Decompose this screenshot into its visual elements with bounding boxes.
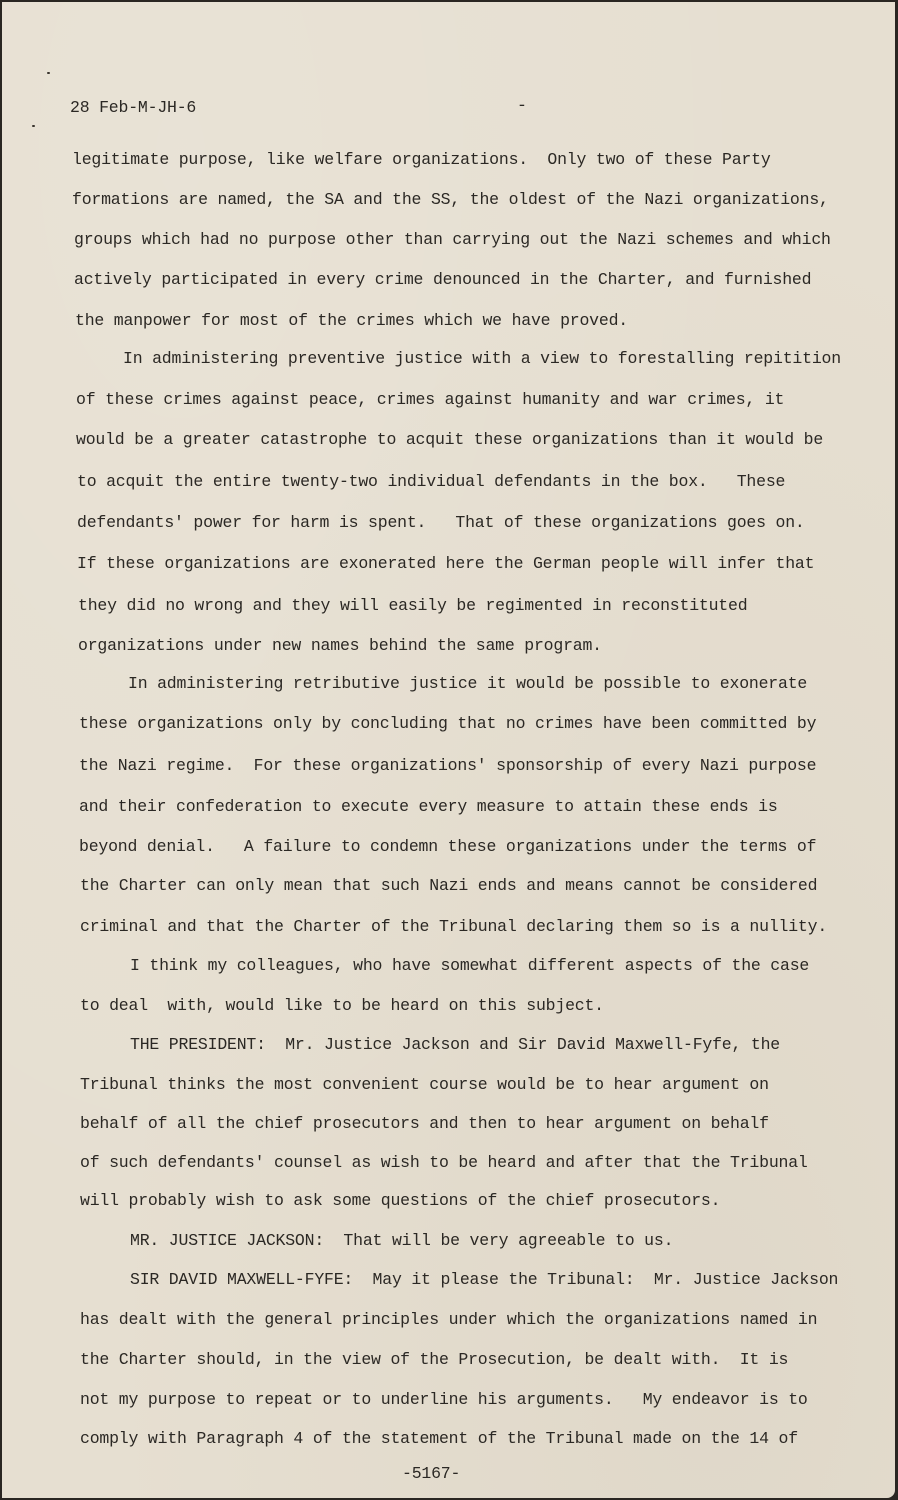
ink-speck (32, 125, 35, 127)
text-line: not my purpose to repeat or to underline… (80, 1390, 808, 1409)
text-line: SIR DAVID MAXWELL-FYFE: May it please th… (130, 1270, 838, 1289)
ink-speck (47, 72, 50, 74)
text-line: behalf of all the chief prosecutors and … (80, 1114, 769, 1133)
text-line: to acquit the entire twenty-two individu… (77, 472, 785, 491)
text-line: to deal with, would like to be heard on … (80, 996, 604, 1015)
text-line: groups which had no purpose other than c… (74, 230, 831, 249)
text-line: would be a greater catastrophe to acquit… (76, 430, 823, 449)
text-line: In administering retributive justice it … (128, 674, 807, 693)
text-line: and their confederation to execute every… (79, 797, 778, 816)
header-reference: 28 Feb-M-JH-6 (70, 98, 196, 117)
text-line: they did no wrong and they will easily b… (78, 596, 747, 615)
text-line: formations are named, the SA and the SS,… (72, 190, 829, 209)
text-line: the Nazi regime. For these organizations… (79, 756, 816, 775)
text-line: has dealt with the general principles un… (80, 1310, 817, 1329)
text-line: of such defendants' counsel as wish to b… (80, 1153, 808, 1172)
text-line: the manpower for most of the crimes whic… (75, 311, 628, 330)
text-line: MR. JUSTICE JACKSON: That will be very a… (130, 1231, 673, 1250)
text-line: Tribunal thinks the most convenient cour… (80, 1075, 769, 1094)
text-line: these organizations only by concluding t… (79, 714, 816, 733)
header-mark: - (517, 96, 527, 115)
text-line: THE PRESIDENT: Mr. Justice Jackson and S… (130, 1035, 780, 1054)
document-page: 28 Feb-M-JH-6 - legitimate purpose, like… (2, 2, 895, 1498)
text-line: of these crimes against peace, crimes ag… (76, 390, 784, 409)
text-line: actively participated in every crime den… (74, 270, 811, 289)
text-line: If these organizations are exonerated he… (77, 554, 814, 573)
text-line: legitimate purpose, like welfare organiz… (72, 150, 771, 169)
text-line: will probably wish to ask some questions… (80, 1191, 720, 1210)
text-line: the Charter should, in the view of the P… (80, 1350, 788, 1369)
text-line: the Charter can only mean that such Nazi… (80, 876, 817, 895)
text-line: organizations under new names behind the… (78, 636, 602, 655)
text-line: defendants' power for harm is spent. Tha… (77, 513, 805, 532)
page-number: -5167- (402, 1464, 460, 1483)
text-line: beyond denial. A failure to condemn thes… (79, 837, 816, 856)
text-line: In administering preventive justice with… (123, 349, 841, 368)
text-line: comply with Paragraph 4 of the statement… (80, 1429, 798, 1448)
text-line: criminal and that the Charter of the Tri… (80, 917, 827, 936)
text-line: I think my colleagues, who have somewhat… (130, 956, 809, 975)
